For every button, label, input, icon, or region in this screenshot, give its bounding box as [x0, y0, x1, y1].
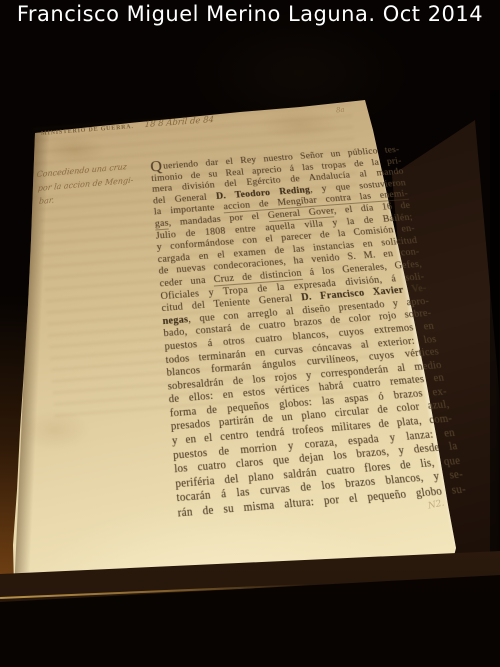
photo-caption: Francisco Miguel Merino Laguna. Oct 2014: [0, 2, 500, 26]
page-number-mark: 8a: [336, 106, 345, 115]
case-frame-edge: [490, 90, 500, 570]
museum-photo: MINISTERIO DE GUERRA. 18 8 Abril de 84 8…: [0, 0, 500, 667]
